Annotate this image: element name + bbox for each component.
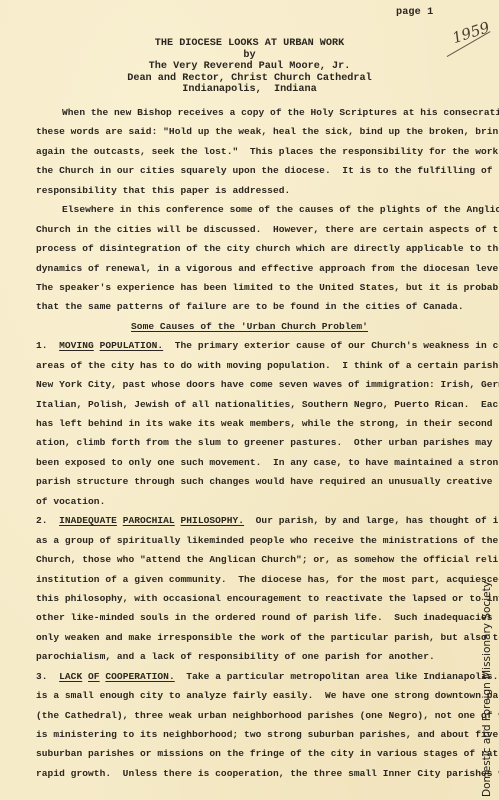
document-body: When the new Bishop receives a copy of t… xyxy=(36,103,468,783)
text-line: New York City, past whose doors have com… xyxy=(36,375,468,394)
archive-credit: Domestic and Foreign Missionary Society xyxy=(481,581,493,797)
text-line: has left behind in its wake its weak mem… xyxy=(36,414,468,433)
item-heading-word: MOVING xyxy=(59,340,94,351)
item-heading-word: LACK xyxy=(59,671,82,682)
text-line: other like-minded souls in the ordered r… xyxy=(36,608,468,627)
text-line: only weaken and make irresponsible the w… xyxy=(36,628,468,647)
text-line: suburban parishes or missions on the fri… xyxy=(36,744,468,763)
text-run: Take a particular metropolitan area like… xyxy=(186,671,499,682)
text-line: Church, those who "attend the Anglican C… xyxy=(36,550,468,569)
text-run: Our parish, by and large, has thought of… xyxy=(256,515,499,526)
text-line: these words are said: "Hold up the weak,… xyxy=(36,122,468,141)
text-line: (the Cathedral), three weak urban neighb… xyxy=(36,706,468,725)
text-line: the Church in our cities squarely upon t… xyxy=(36,161,468,180)
text-line: institution of a given community. The di… xyxy=(36,570,468,589)
numbered-item-2-first-line: 2. INADEQUATE PAROCHIAL PHILOSOPHY. Our … xyxy=(36,511,468,530)
item-heading-word: INADEQUATE xyxy=(59,515,117,526)
text-run: The primary exterior cause of our Church… xyxy=(175,340,499,351)
text-line: dynamics of renewal, in a vigorous and e… xyxy=(36,259,468,278)
text-line: as a group of spiritually likeminded peo… xyxy=(36,531,468,550)
author-position: Dean and Rector, Christ Church Cathedral xyxy=(0,73,499,85)
item-number: 1. xyxy=(36,340,48,351)
text-line: process of disintegration of the city ch… xyxy=(36,239,468,258)
author-location: Indianapolis, Indiana xyxy=(0,84,499,96)
page-number: page 1 xyxy=(396,7,433,18)
text-line: The speaker's experience has been limite… xyxy=(36,278,468,297)
text-line: is a small enough city to analyze fairly… xyxy=(36,686,468,705)
document-title: THE DIOCESE LOOKS AT URBAN WORK xyxy=(0,38,499,50)
text-line: again the outcasts, seek the lost." This… xyxy=(36,142,468,161)
text-line: this philosophy, with occasional encoura… xyxy=(36,589,468,608)
text-line: rapid growth. Unless there is cooperatio… xyxy=(36,764,468,783)
section-heading: Some Causes of the 'Urban Church Problem… xyxy=(0,317,499,336)
text-line: that the same patterns of failure are to… xyxy=(36,297,468,316)
text-line: responsibility that this paper is addres… xyxy=(36,181,468,200)
item-heading-word: COOPERATION. xyxy=(105,671,174,682)
item-heading-word: POPULATION. xyxy=(100,340,164,351)
author-name: The Very Reverend Paul Moore, Jr. xyxy=(0,61,499,73)
section-heading-text: Some Causes of the 'Urban Church Problem… xyxy=(131,321,368,332)
document-header: THE DIOCESE LOOKS AT URBAN WORK by The V… xyxy=(0,38,499,96)
text-line: been exposed to only one such movement. … xyxy=(36,453,468,472)
text-line: areas of the city has to do with moving … xyxy=(36,356,468,375)
text-line: When the new Bishop receives a copy of t… xyxy=(36,103,468,122)
document-page: page 1 1959 THE DIOCESE LOOKS AT URBAN W… xyxy=(0,0,499,800)
numbered-item-1-first-line: 1. MOVING POPULATION. The primary exteri… xyxy=(36,336,468,355)
byline-by: by xyxy=(0,50,499,62)
item-number: 2. xyxy=(36,515,48,526)
item-number: 3. xyxy=(36,671,48,682)
text-line: of vocation. xyxy=(36,492,468,511)
item-heading-word: PHILOSOPHY. xyxy=(181,515,245,526)
text-line: Italian, Polish, Jewish of all nationali… xyxy=(36,395,468,414)
text-line: Church in the cities will be discussed. … xyxy=(36,220,468,239)
text-line: is ministering to its neighborhood; two … xyxy=(36,725,468,744)
text-line: parish structure through such changes wo… xyxy=(36,472,468,491)
item-heading-word: PAROCHIAL xyxy=(123,515,175,526)
item-heading-word: OF xyxy=(88,671,100,682)
numbered-item-3-first-line: 3. LACK OF COOPERATION. Take a particula… xyxy=(36,667,468,686)
text-line: ation, climb forth from the slum to gree… xyxy=(36,433,468,452)
text-line: parochialism, and a lack of responsibili… xyxy=(36,647,468,666)
text-line: Elsewhere in this conference some of the… xyxy=(36,200,468,219)
